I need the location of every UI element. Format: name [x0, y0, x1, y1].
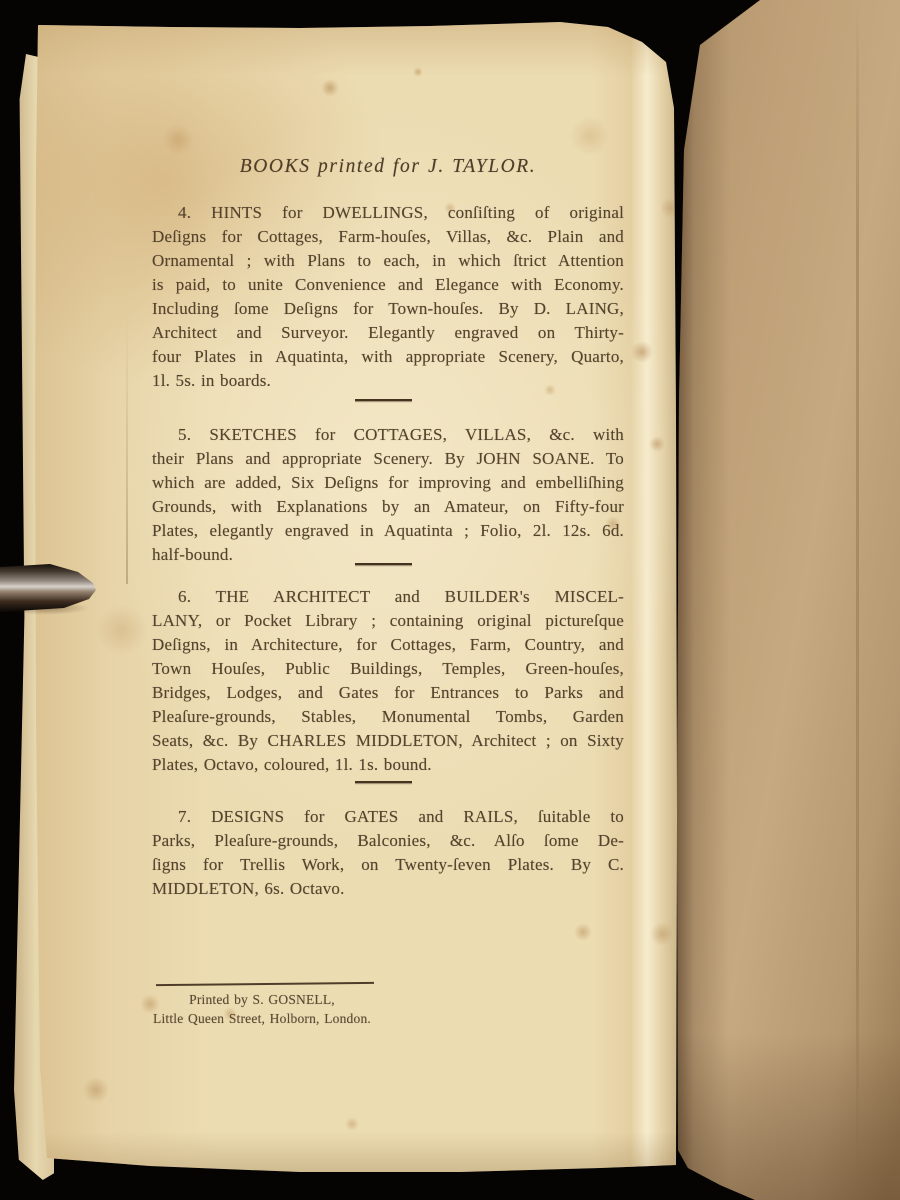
- entry-line: Pleaſure-grounds, Stables, Monumental To…: [152, 705, 624, 729]
- entry-line: 4. HINTS for DWELLINGS, conſiſting of or…: [152, 201, 624, 225]
- catalog-entry-4: 4. HINTS for DWELLINGS, conſiſting of or…: [152, 201, 624, 393]
- entry-line: Town Houſes, Public Buildings, Temples, …: [152, 657, 624, 681]
- imprint-line: Little Queen Street, Holborn, London.: [136, 1009, 388, 1028]
- entry-line: four Plates in Aquatinta, with appropria…: [152, 345, 624, 369]
- section-divider: [355, 781, 412, 785]
- entry-line: 1l. 5s. in boards.: [152, 369, 624, 393]
- entry-line: ſigns for Trellis Work, on Twenty-ſeven …: [152, 853, 624, 877]
- catalog-entry-5: 5. SKETCHES for COTTAGES, VILLAS, &c. wi…: [152, 423, 624, 567]
- entry-line: MIDDLETON, 6s. Octavo.: [152, 877, 624, 901]
- section-divider: [355, 563, 412, 567]
- facing-page: [660, 0, 900, 1200]
- entry-line: 5. SKETCHES for COTTAGES, VILLAS, &c. wi…: [152, 423, 624, 447]
- running-head: BOOKS printed for J. TAYLOR.: [152, 156, 624, 178]
- facing-page-shadow: [660, 0, 900, 1200]
- catalog-entry-6: 6. THE ARCHITECT and BUILDER's MISCEL- L…: [152, 585, 624, 777]
- printer-imprint: Printed by S. GOSNELL, Little Queen Stre…: [136, 990, 388, 1028]
- entry-line: Ornamental ; with Plans to each, in whic…: [152, 249, 624, 273]
- entry-line: which are added, Six Deſigns for improvi…: [152, 471, 624, 495]
- book-page: BOOKS printed for J. TAYLOR. 4. HINTS fo…: [30, 18, 690, 1178]
- entry-line: Parks, Pleaſure-grounds, Balconies, &c. …: [152, 829, 624, 853]
- entry-line: Grounds, with Explanations by an Amateur…: [152, 495, 624, 519]
- entry-line: Including ſome Deſigns for Town-houſes. …: [152, 297, 624, 321]
- section-divider: [355, 399, 412, 403]
- entry-line: Seats, &c. By CHARLES MIDDLETON, Archite…: [152, 729, 624, 753]
- imprint-line: Printed by S. GOSNELL,: [136, 990, 388, 1009]
- entry-line: Plates, elegantly engraved in Aquatinta …: [152, 519, 624, 543]
- entry-line: 7. DESIGNS for GATES and RAILS, ſuitable…: [152, 805, 624, 829]
- photo-backdrop: BOOKS printed for J. TAYLOR. 4. HINTS fo…: [0, 0, 900, 1200]
- facing-page-edge-line: [856, 0, 859, 1200]
- imprint-rule: [156, 982, 374, 986]
- entry-line: their Plans and appropriate Scenery. By …: [152, 447, 624, 471]
- entry-line: Architect and Surveyor. Elegantly engrav…: [152, 321, 624, 345]
- entry-line: is paid, to unite Convenience and Elegan…: [152, 273, 624, 297]
- entry-line: Deſigns for Cottages, Farm-houſes, Villa…: [152, 225, 624, 249]
- catalog-entry-7: 7. DESIGNS for GATES and RAILS, ſuitable…: [152, 805, 624, 901]
- entry-line: LANY, or Pocket Library ; containing ori…: [152, 609, 624, 633]
- entry-line: Bridges, Lodges, and Gates for Entrances…: [152, 681, 624, 705]
- entry-line: 6. THE ARCHITECT and BUILDER's MISCEL-: [152, 585, 624, 609]
- page-crease: [126, 318, 128, 584]
- entry-line: Deſigns, in Architecture, for Cottages, …: [152, 633, 624, 657]
- entry-line: Plates, Octavo, coloured, 1l. 1s. bound.: [152, 753, 624, 777]
